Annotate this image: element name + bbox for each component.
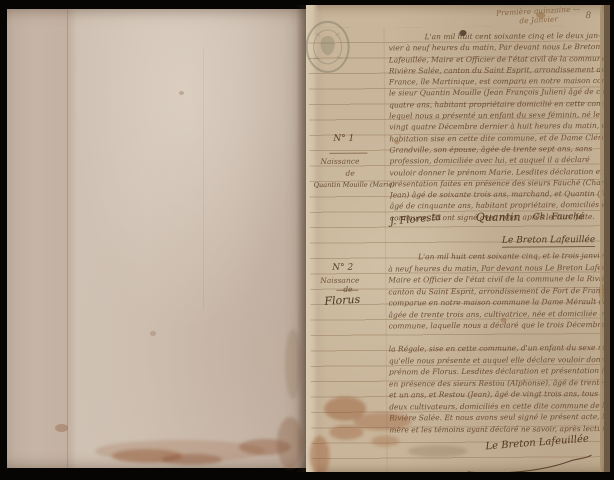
signature-flourish: [457, 451, 607, 472]
entry1-margin-de: de: [346, 169, 355, 178]
page-crease: [203, 49, 204, 309]
entry2-act-text: L'an mil huit cent soixante cinq, et le …: [388, 250, 610, 436]
register-line: Rivière Salée. Et nous avons seul signé …: [389, 411, 610, 424]
scanned-register-spread: Première quinzaine — de Janvier 8 N° 1 N…: [0, 0, 614, 480]
entry1-margin-label: Naissance: [320, 157, 359, 166]
page-number: 8: [585, 11, 591, 21]
register-line: prénom de Florus. Lesdites déclaration e…: [389, 365, 610, 378]
register-line: profession, domiciliée avec lui, et auqu…: [389, 154, 608, 167]
entry1-margin-number: N° 1: [333, 134, 354, 144]
declarant-signature: Quantin: [476, 211, 521, 224]
register-line: Maire et Officier de l'état civil de la …: [388, 273, 609, 286]
entry1-act-text: L'an mil huit cent soixante cinq et le d…: [389, 30, 609, 224]
register-line: et un ans, et Restou (Jean), âgé de ving…: [389, 388, 610, 401]
page-stack-edge: [600, 5, 610, 472]
witness-signature: Ch. Fauché: [533, 212, 584, 222]
entry2-margin-name: Florus: [324, 293, 360, 308]
register-line: comparue en notre maison commune la Dame…: [388, 296, 609, 309]
officiant-signature: Le Breton Lafeuillée: [502, 235, 595, 248]
entry2-margin-label: Naissance: [320, 276, 359, 285]
stain: [179, 91, 184, 95]
register-page: Première quinzaine — de Janvier 8 N° 1 N…: [306, 5, 610, 472]
register-line: L'an mil huit cent soixante cinq, et le …: [388, 250, 609, 263]
stain: [536, 12, 545, 18]
stain: [162, 454, 222, 465]
stain: [309, 436, 329, 472]
register-line: commune, laquelle nous a déclaré que le …: [389, 319, 610, 332]
entry2-margin-number: N° 2: [332, 263, 353, 273]
register-line: vier à neuf heures du matin, Par devant …: [389, 41, 608, 54]
stain: [501, 318, 507, 323]
register-line: la Régale, sise en cette commune, d'un e…: [389, 342, 610, 355]
page-content: Première quinzaine — de Janvier 8 N° 1 N…: [306, 5, 610, 472]
timbre-imperial-stamp-icon: [306, 19, 354, 79]
entry1-margin-name: Quantin Mouille (Marie): [314, 180, 395, 189]
page-fold-line: [67, 9, 68, 468]
stain: [394, 140, 399, 144]
left-blank-page: [7, 9, 306, 468]
stain: [55, 424, 68, 432]
stain: [150, 331, 156, 336]
ink-blot: [460, 30, 467, 36]
